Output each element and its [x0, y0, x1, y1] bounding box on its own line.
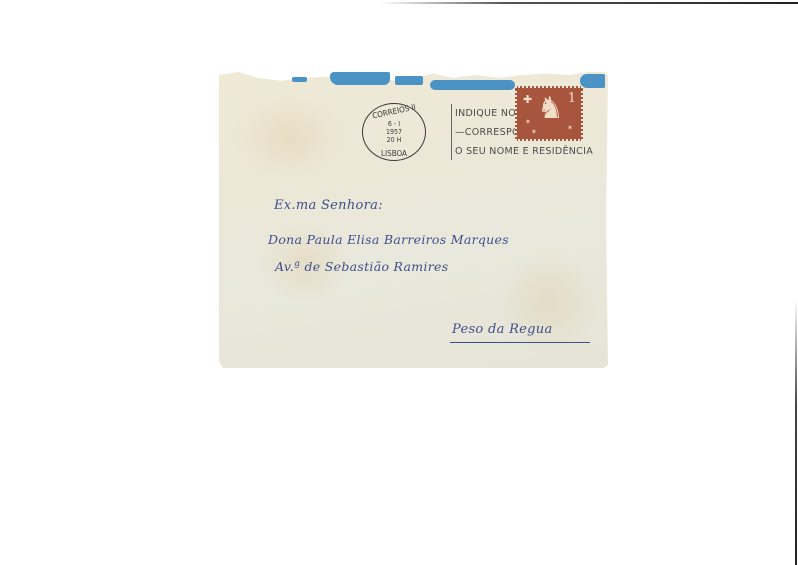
envelope-lining — [580, 74, 605, 88]
address-street: Av.ª de Sebastião Ramires — [275, 259, 448, 274]
paper-stain — [229, 92, 349, 182]
city-underline — [450, 342, 590, 343]
postmark-date-line: 6 - I — [363, 120, 425, 128]
postmark-date: 6 - I 1957 20 H — [363, 120, 425, 144]
star-icon: ✶ — [531, 128, 537, 136]
address-city: Peso da Regua — [452, 322, 553, 337]
star-icon: ✶ — [567, 124, 573, 132]
slogan-line: O SEU NOME E RESIDÊNCIA — [455, 142, 605, 161]
postmark-date-line: 1957 — [363, 128, 425, 136]
scanner-edge-right — [795, 300, 797, 565]
knight-icon: ♞ — [537, 94, 564, 124]
cross-icon: ✚ — [523, 93, 532, 106]
stamp-value: 1 — [568, 91, 576, 106]
postmark-bottom-text: LISBOA — [363, 149, 425, 158]
slogan-divider — [451, 104, 452, 160]
star-icon: ✶ — [525, 118, 531, 126]
envelope-lining — [292, 77, 307, 82]
address-salutation: Ex.ma Senhora: — [274, 198, 383, 213]
envelope-lining — [330, 72, 390, 85]
postage-stamp: ✚ ♞ 1 ✶ ✶ ✶ — [515, 86, 583, 141]
paper-stain — [499, 252, 599, 352]
envelope-lining — [430, 80, 515, 90]
envelope-lining — [395, 76, 423, 85]
postmark-date-line: 20 H — [363, 136, 425, 144]
postmark: CORREIOS II 6 - I 1957 20 H LISBOA — [362, 103, 426, 161]
scanner-edge-top — [380, 2, 798, 4]
side-annotation — [597, 115, 605, 165]
address-recipient: Dona Paula Elisa Barreiros Marques — [268, 232, 509, 247]
